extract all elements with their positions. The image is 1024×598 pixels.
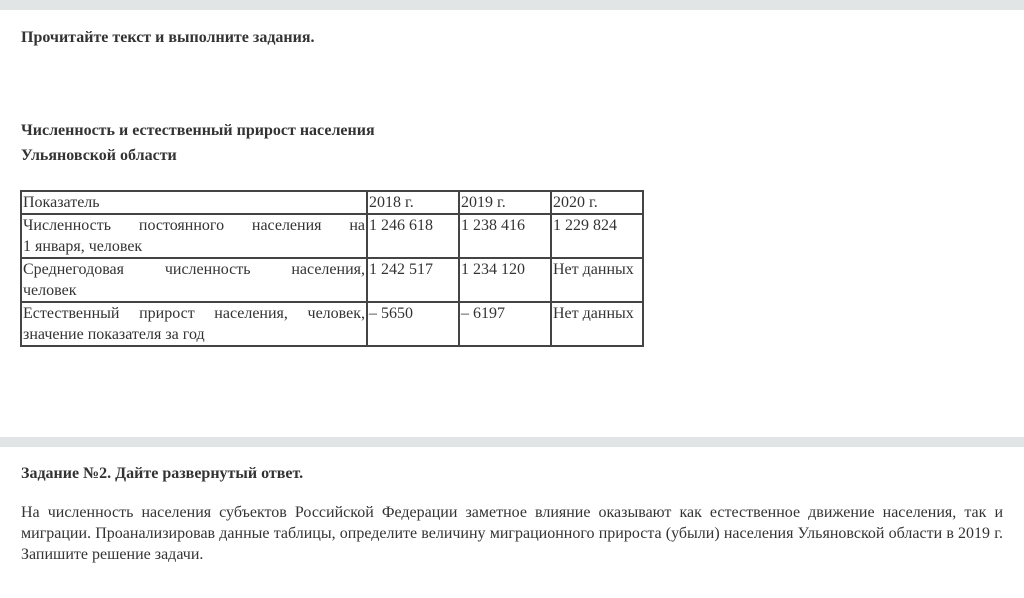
table-title-line1: Численность и естественный прирост насел…	[21, 118, 375, 143]
top-divider-band	[0, 0, 1024, 10]
cell-2020: 1 229 824	[551, 214, 643, 258]
cell-2018: 1 246 618	[367, 214, 459, 258]
table-row: Среднегодовая численность населения, чел…	[21, 258, 643, 302]
section-divider-band	[0, 437, 1024, 447]
cell-2019: 1 234 120	[459, 258, 551, 302]
task-title: Задание №2. Дайте развернутый ответ.	[21, 465, 303, 483]
header-indicator: Показатель	[21, 191, 367, 214]
population-table: Показатель 2018 г. 2019 г. 2020 г. Числе…	[20, 190, 644, 347]
cell-2019: 1 238 416	[459, 214, 551, 258]
task-text: На численность населения субъектов Росси…	[21, 502, 1003, 565]
header-2020: 2020 г.	[551, 191, 643, 214]
table-row: Естественный прирост населения, человек,…	[21, 302, 643, 346]
cell-2018: 1 242 517	[367, 258, 459, 302]
row-label: Среднегодовая численность населения, чел…	[21, 258, 367, 302]
cell-2018: – 5650	[367, 302, 459, 346]
table-header-row: Показатель 2018 г. 2019 г. 2020 г.	[21, 191, 643, 214]
header-2018: 2018 г.	[367, 191, 459, 214]
cell-2020: Нет данных	[551, 302, 643, 346]
table-row: Численность постоянного населения на 1 я…	[21, 214, 643, 258]
row-label: Численность постоянного населения на 1 я…	[21, 214, 367, 258]
table-title: Численность и естественный прирост насел…	[21, 118, 375, 168]
table-title-line2: Ульяновской области	[21, 143, 375, 168]
instruction-text: Прочитайте текст и выполните задания.	[21, 29, 315, 47]
cell-2020: Нет данных	[551, 258, 643, 302]
header-2019: 2019 г.	[459, 191, 551, 214]
row-label: Естественный прирост населения, человек,…	[21, 302, 367, 346]
cell-2019: – 6197	[459, 302, 551, 346]
